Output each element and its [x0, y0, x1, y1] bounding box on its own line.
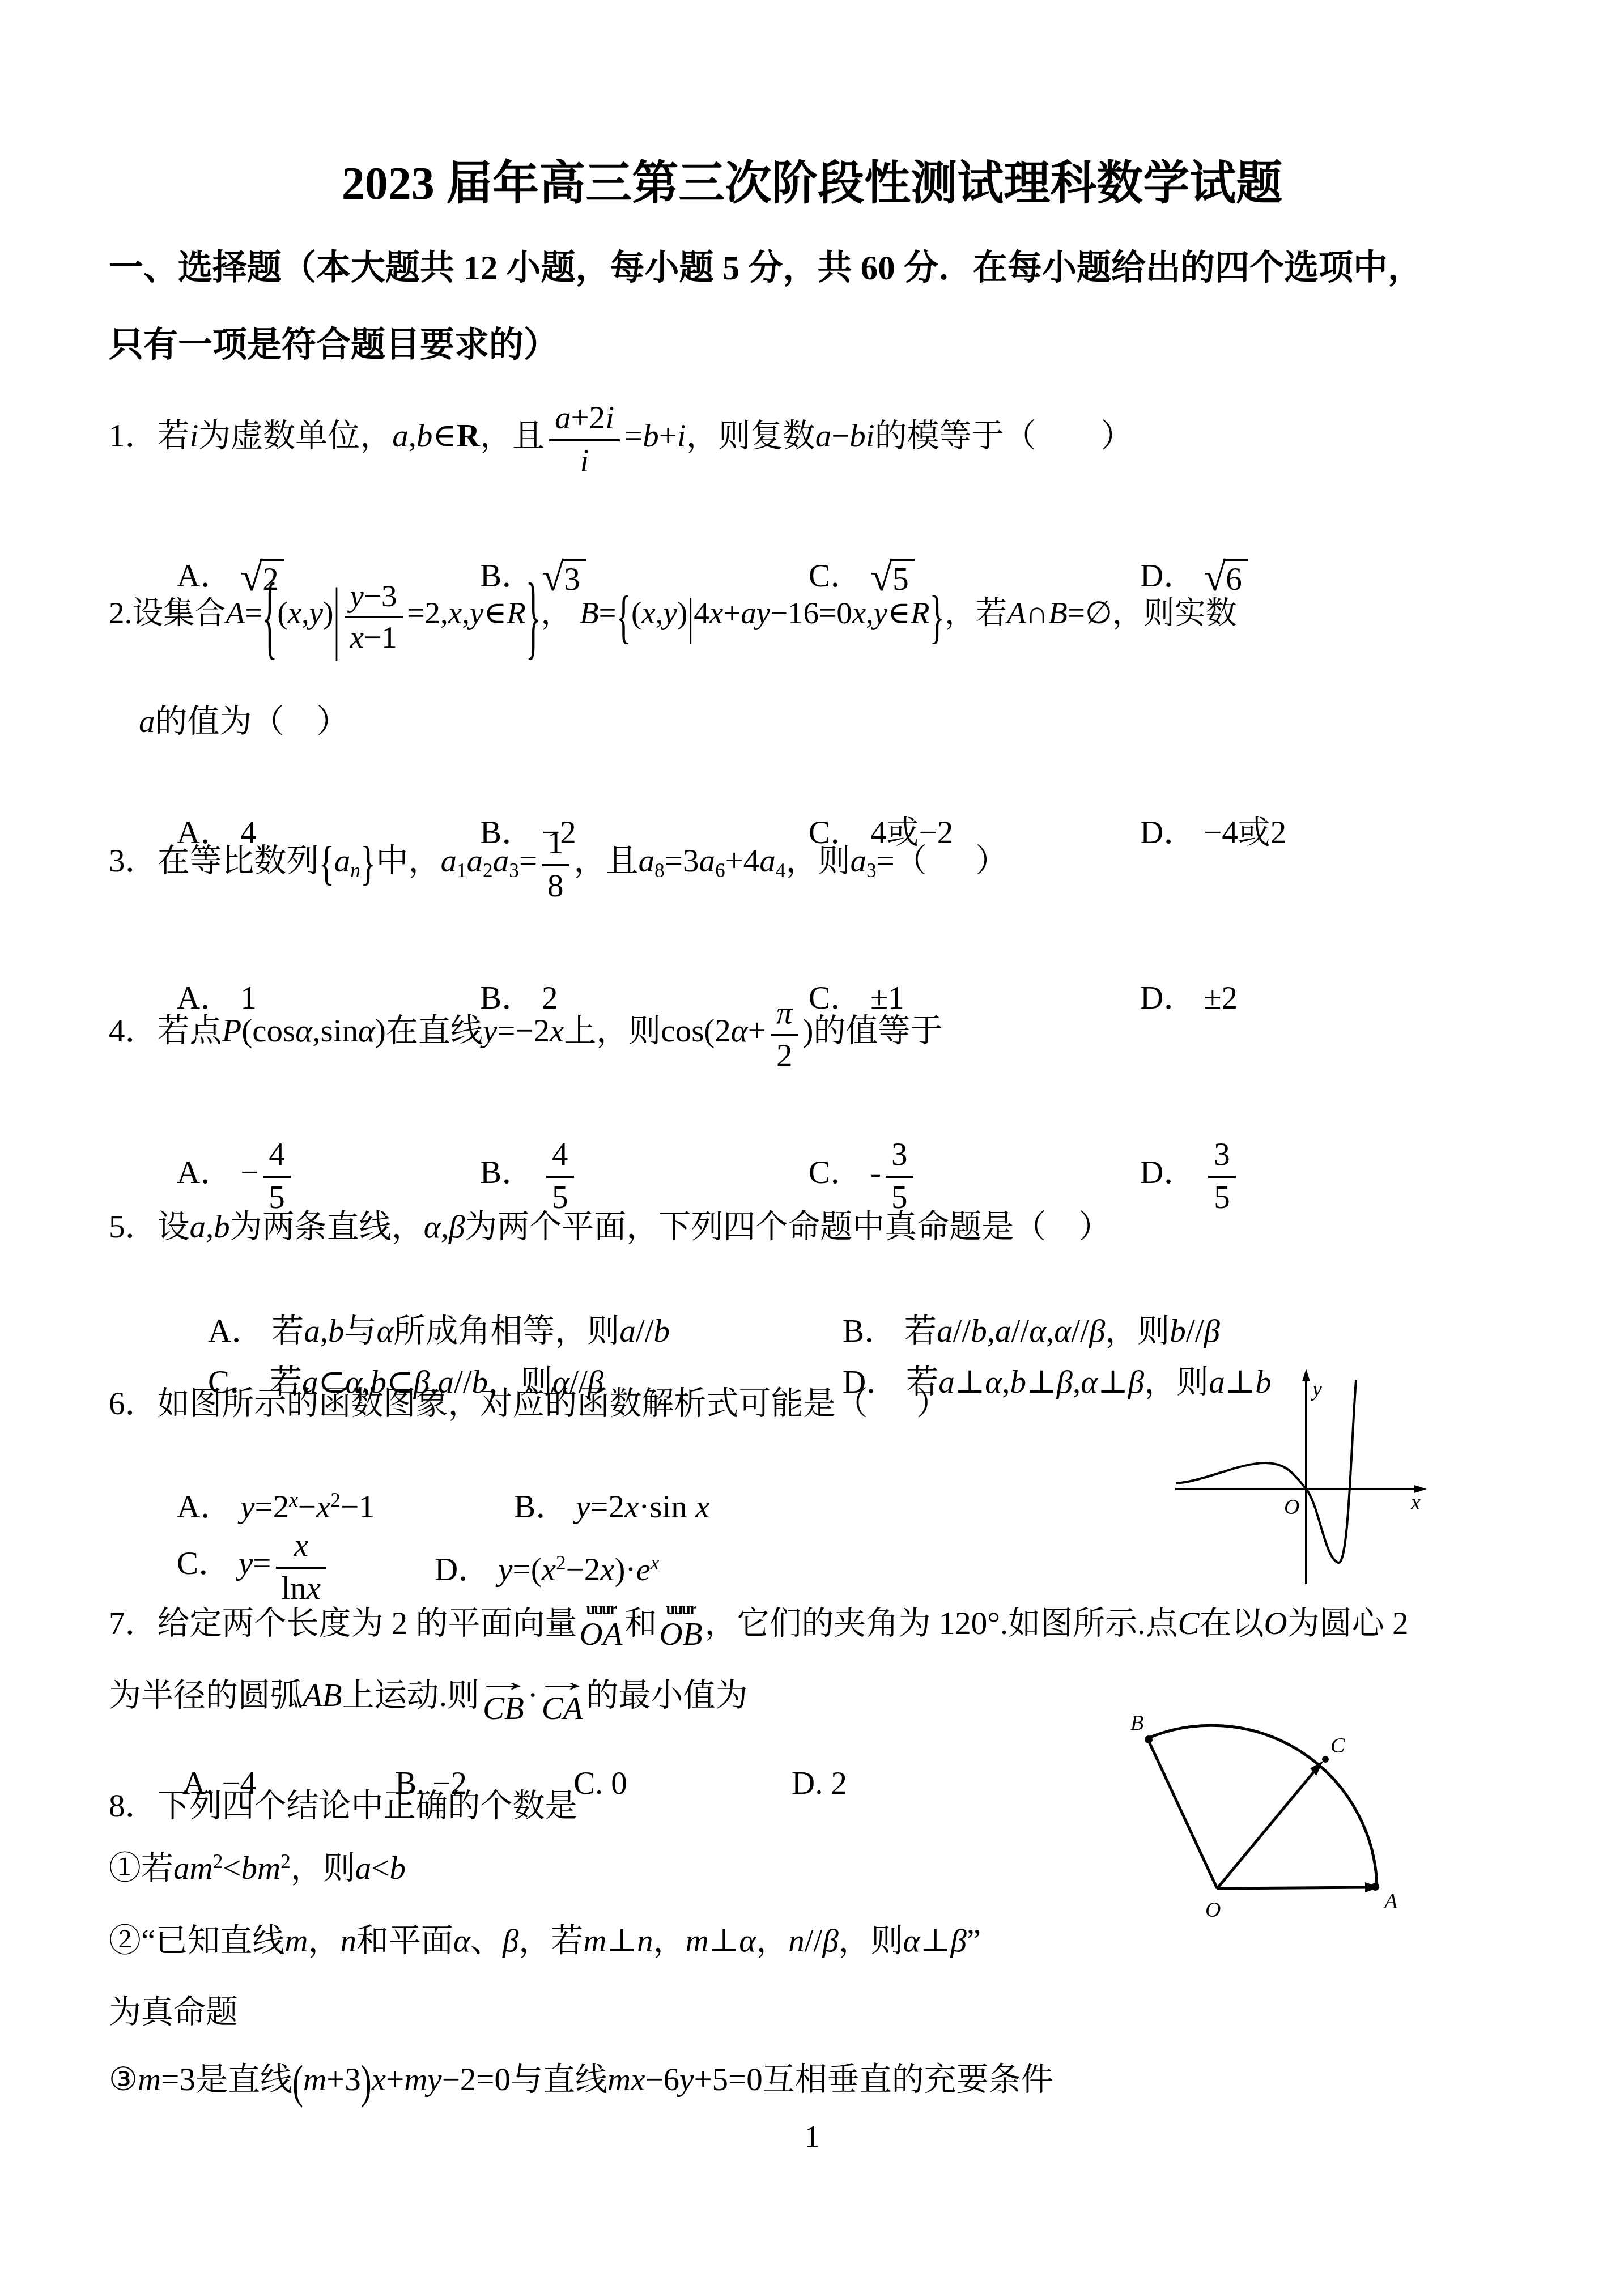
option-q4-a: A．−45	[177, 1136, 480, 1215]
function-curve	[1176, 1380, 1356, 1563]
question-5-stem: 5．设a,b为两条直线，α,β为两个平面，下列四个命题中真命题是（ ）	[109, 1207, 1111, 1247]
y-axis-arrow	[1302, 1369, 1310, 1381]
segment-ob	[1147, 1738, 1217, 1888]
option-q2-d: D．−4或2	[1140, 806, 1286, 853]
question-8-item2: ②“已知直线m，n和平面α、β，若m⊥n，m⊥α，n//β，则α⊥β”	[109, 1921, 981, 1961]
option-q4-d: D．35	[1140, 1136, 1240, 1215]
option-q6-c: C．y=xlnx	[177, 1527, 435, 1606]
point-o-label: O	[1205, 1898, 1221, 1922]
question-2-stem: 2.设集合A={(x,y)|y−3x−1=2,x,y∈R}， B={(x,y)|…	[109, 578, 1237, 654]
section-header-line2: 只有一项是符合题目要求的）	[109, 324, 558, 367]
origin-label: O	[1284, 1495, 1299, 1519]
question-4-stem: 4．若点P(cosα,sinα)在直线y=−2x上，则cos(2α+π2)的值等…	[109, 994, 942, 1073]
question-8-item2-cont: 为真命题	[109, 1992, 238, 2032]
question-6-stem: 6．如图所示的函数图象，对应的函数解析式可能是（ ）	[109, 1384, 949, 1424]
exam-page: 2023 届年高三第三次阶段性测试理科数学试题 一、选择题（本大题共 12 小题…	[0, 0, 1624, 2293]
page-number: 1	[0, 2119, 1624, 2154]
point-b-label: B	[1130, 1711, 1143, 1735]
point-a-label: A	[1383, 1890, 1398, 1913]
vector-oa	[1217, 1887, 1370, 1888]
sector-figure: B C O A	[1125, 1676, 1425, 1937]
x-axis-label: x	[1410, 1491, 1421, 1515]
question-8-stem: 8．下列四个结论中正确的个数是	[109, 1786, 577, 1826]
question-7-stem-cont: 为半径的圆弧AB上运动.则→CB·→CA的最小值为	[109, 1673, 748, 1725]
section-header-line1: 一、选择题（本大题共 12 小题，每小题 5 分，共 60 分．在每小题给出的四…	[109, 247, 1422, 290]
question-8-item1: ①若am2<bm2，则a<b	[109, 1848, 406, 1888]
option-q3-d: D．±2	[1140, 972, 1238, 1018]
point-a-dot	[1371, 1883, 1379, 1891]
option-q4-c: C．-35	[809, 1136, 1140, 1215]
option-q6-d: D．y=(x2−2x)·ex	[435, 1543, 660, 1590]
question-8-item3: ③m=3是直线(m+3)x+my−2=0与直线mx−6y+5=0互相垂直的充要条…	[109, 2060, 1053, 2100]
option-q4-b: B．45	[480, 1136, 809, 1215]
option-q7-c: C.0	[573, 1765, 792, 1802]
point-c-label: C	[1330, 1734, 1345, 1758]
function-graph-figure: y O x	[1171, 1358, 1432, 1591]
vector-oc	[1217, 1769, 1316, 1888]
question-7-stem: 7．给定两个长度为 2 的平面向量uuurOA和uuurOB，它们的夹角为 12…	[109, 1603, 1408, 1650]
question-1-stem: 1．若i为虚数单位，a,b∈R，且a+2ii=b+i，则复数a−bi的模等于（ …	[109, 399, 1133, 478]
question-2-stem-cont: a的值为（ ）	[139, 701, 349, 742]
y-axis-label: y	[1310, 1377, 1322, 1401]
point-c-dot	[1322, 1756, 1329, 1763]
page-title: 2023 届年高三第三次阶段性测试理科数学试题	[0, 146, 1624, 212]
question-3-stem: 3．在等比数列{an}中，a1a2a3=18，且a8=3a6+4a4，则a3=（…	[109, 824, 1007, 903]
point-b-dot	[1145, 1735, 1153, 1743]
option-q7-d: D.2	[792, 1765, 847, 1802]
